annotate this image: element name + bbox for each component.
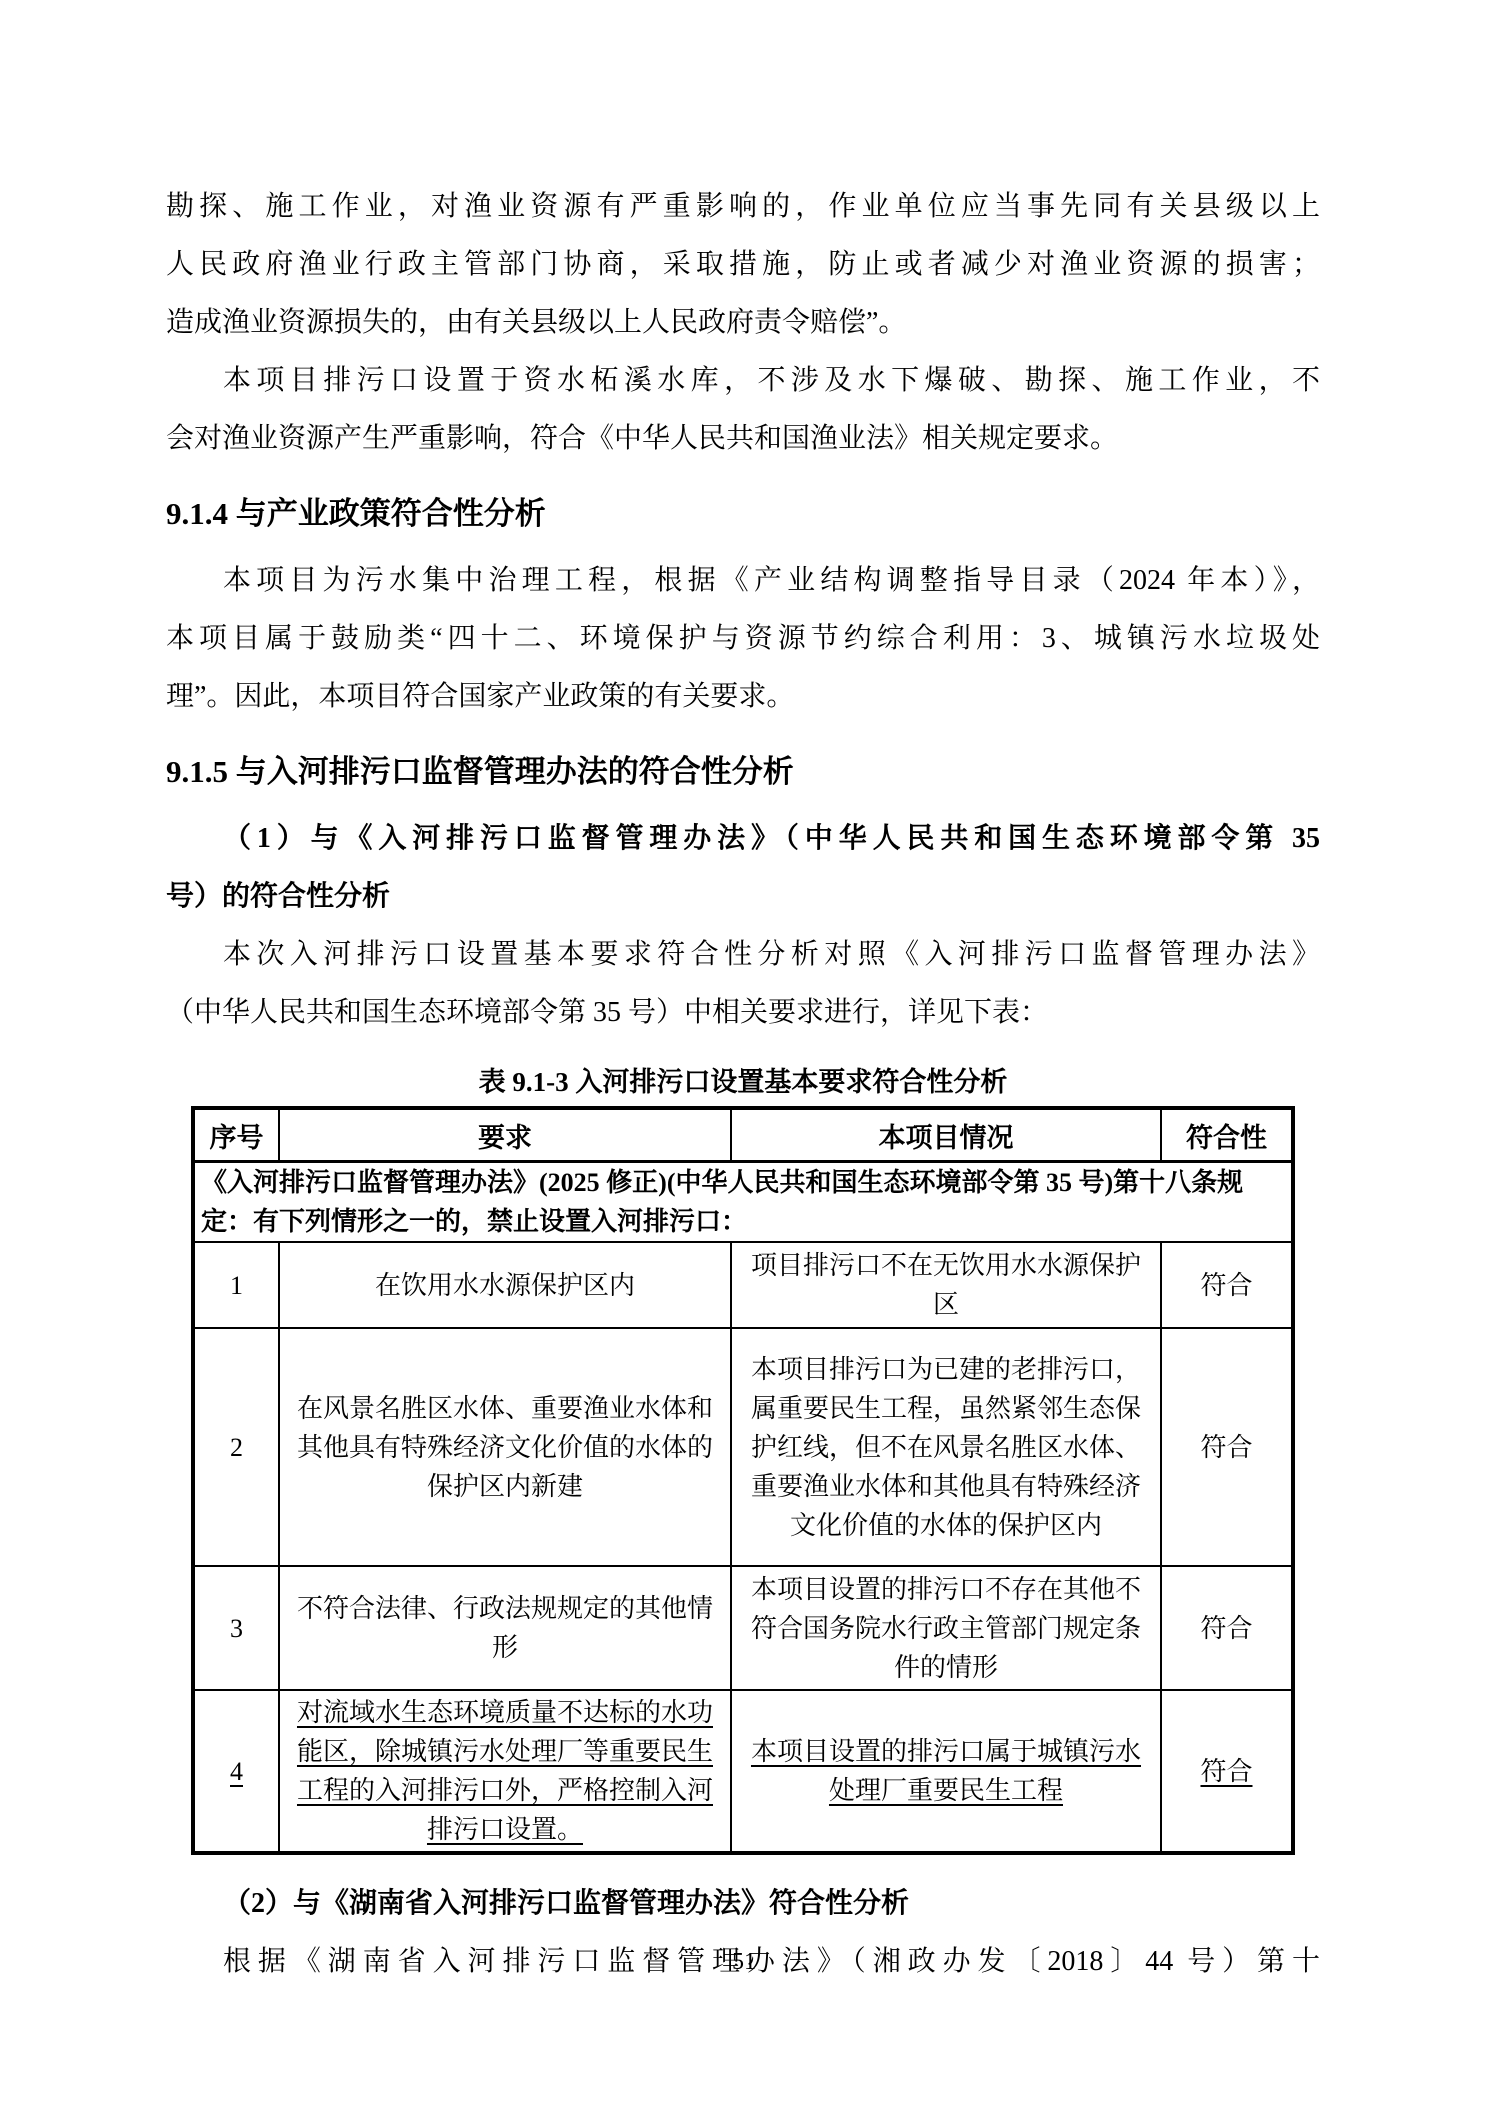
cell-situation: 本项目设置的排污口不存在其他不符合国务院水行政主管部门规定条件的情形: [731, 1566, 1161, 1690]
text-line: 本项目属于鼓励类“四十二、环境保护与资源节约综合利用：3、城镇污水垃圾处: [166, 610, 1320, 668]
cell-seq: 1: [193, 1242, 279, 1328]
subheading-1: （1）与《入河排污口监督管理办法》（中华人民共和国生态环境部令第 35 号）的符…: [166, 810, 1320, 926]
text-line: 会对渔业资源产生严重影响，符合《中华人民共和国渔业法》相关规定要求。: [166, 410, 1320, 468]
section-heading-9-1-4: 9.1.4 与产业政策符合性分析: [166, 484, 1320, 544]
cell-situation: 本项目排污口为已建的老排污口，属重要民生工程，虽然紧邻生态保护红线，但不在风景名…: [731, 1328, 1161, 1566]
table-header-row: 序号 要求 本项目情况 符合性: [193, 1108, 1293, 1162]
text-line: 人民政府渔业行政主管部门协商，采取措施，防止或者减少对渔业资源的损害；: [166, 236, 1320, 294]
cell-requirement: 在饮用水水源保护区内: [279, 1242, 731, 1328]
cell-seq: 4: [193, 1690, 279, 1853]
cell-situation: 项目排污口不在无饮用水水源保护区: [731, 1242, 1161, 1328]
cell-result: 符合: [1161, 1328, 1293, 1566]
paragraph-project-outfall: 本项目排污口设置于资水柘溪水库，不涉及水下爆破、勘探、施工作业，不 会对渔业资源…: [166, 352, 1320, 468]
cell-requirement: 不符合法律、行政法规规定的其他情形: [279, 1566, 731, 1690]
table-caption: 表 9.1-3 入河排污口设置基本要求符合性分析: [166, 1062, 1320, 1102]
cell-seq: 2: [193, 1328, 279, 1566]
table-row: 1 在饮用水水源保护区内 项目排污口不在无饮用水水源保护区 符合: [193, 1242, 1293, 1328]
page-number: 51: [0, 1949, 1488, 1976]
table-header-situation: 本项目情况: [731, 1108, 1161, 1162]
text-line: 本项目排污口设置于资水柘溪水库，不涉及水下爆破、勘探、施工作业，不: [166, 352, 1320, 410]
cell-result: 符合: [1161, 1690, 1293, 1853]
text-line: 本项目为污水集中治理工程，根据《产业结构调整指导目录（2024 年本）》，: [166, 552, 1320, 610]
table-row: 2 在风景名胜区水体、重要渔业水体和其他具有特殊经济文化价值的水体的保护区内新建…: [193, 1328, 1293, 1566]
text-line: （1）与《入河排污口监督管理办法》（中华人民共和国生态环境部令第 35: [166, 810, 1320, 868]
table-header-result: 符合性: [1161, 1108, 1293, 1162]
table-row: 3 不符合法律、行政法规规定的其他情形 本项目设置的排污口不存在其他不符合国务院…: [193, 1566, 1293, 1690]
compliance-table: 序号 要求 本项目情况 符合性 《入河排污口监督管理办法》(2025 修正)(中…: [191, 1106, 1295, 1855]
table-note-row: 《入河排污口监督管理办法》(2025 修正)(中华人民共和国生态环境部令第 35…: [193, 1162, 1293, 1243]
paragraph-fishery-law: 勘探、施工作业，对渔业资源有严重影响的，作业单位应当事先同有关县级以上 人民政府…: [166, 178, 1320, 352]
text-line: 号）的符合性分析: [166, 868, 1320, 926]
text-line: 本次入河排污口设置基本要求符合性分析对照《入河排污口监督管理办法》: [166, 926, 1320, 984]
section-heading-9-1-5: 9.1.5 与入河排污口监督管理办法的符合性分析: [166, 742, 1320, 802]
text-line: 勘探、施工作业，对渔业资源有严重影响的，作业单位应当事先同有关县级以上: [166, 178, 1320, 236]
cell-seq: 3: [193, 1566, 279, 1690]
table-note: 《入河排污口监督管理办法》(2025 修正)(中华人民共和国生态环境部令第 35…: [193, 1162, 1293, 1243]
cell-requirement: 对流域水生态环境质量不达标的水功能区，除城镇污水处理厂等重要民生工程的入河排污口…: [279, 1690, 731, 1853]
cell-requirement: 在风景名胜区水体、重要渔业水体和其他具有特殊经济文化价值的水体的保护区内新建: [279, 1328, 731, 1566]
cell-result: 符合: [1161, 1242, 1293, 1328]
table-header-requirement: 要求: [279, 1108, 731, 1162]
cell-situation: 本项目设置的排污口属于城镇污水处理厂重要民生工程: [731, 1690, 1161, 1853]
table-header-seq: 序号: [193, 1108, 279, 1162]
paragraph-industrial-policy: 本项目为污水集中治理工程，根据《产业结构调整指导目录（2024 年本）》， 本项…: [166, 552, 1320, 726]
paragraph-table-intro: 本次入河排污口设置基本要求符合性分析对照《入河排污口监督管理办法》 （中华人民共…: [166, 926, 1320, 1042]
text-line: 理”。因此，本项目符合国家产业政策的有关要求。: [166, 668, 1320, 726]
document-page: 勘探、施工作业，对渔业资源有严重影响的，作业单位应当事先同有关县级以上 人民政府…: [0, 0, 1488, 2104]
table-row: 4 对流域水生态环境质量不达标的水功能区，除城镇污水处理厂等重要民生工程的入河排…: [193, 1690, 1293, 1853]
cell-result: 符合: [1161, 1566, 1293, 1690]
text-line: （中华人民共和国生态环境部令第 35 号）中相关要求进行，详见下表：: [166, 984, 1320, 1042]
subheading-2: （2）与《湖南省入河排污口监督管理办法》符合性分析: [166, 1875, 1320, 1933]
text-line: 造成渔业资源损失的，由有关县级以上人民政府责令赔偿”。: [166, 294, 1320, 352]
